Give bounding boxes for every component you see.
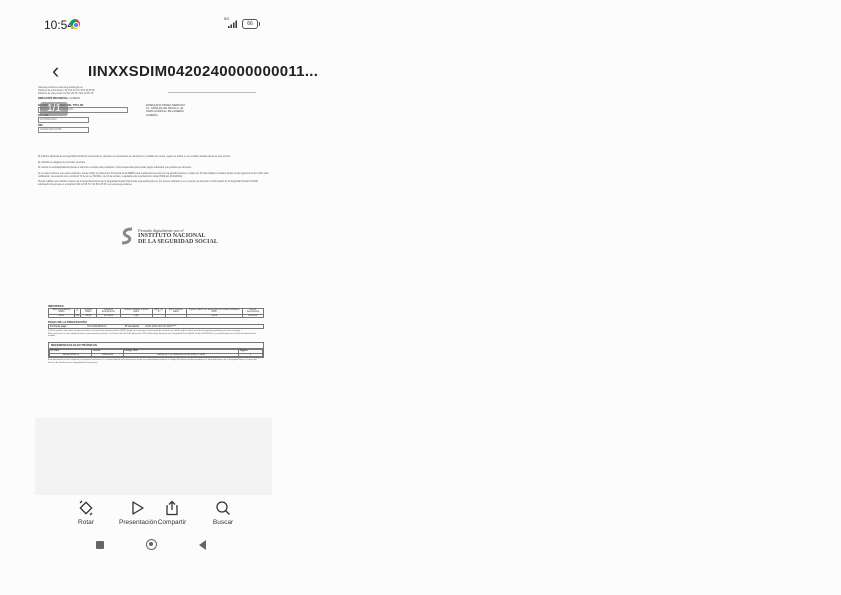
paragraph: El subsidio se pagará por períodos venci… — [38, 161, 270, 164]
table-cell: 11-01-24 — [96, 314, 120, 318]
page-indicator: 1/1 — [40, 102, 68, 116]
page-gap-area — [35, 418, 272, 495]
paragraph: Puede realizar este trámite a través de … — [38, 180, 270, 186]
ref-field: 04/2024/260/113/285 — [38, 127, 89, 133]
referencias-box: REFERENCIAS ELECTRÓNICAS Id. CEA: Fecha:… — [48, 342, 264, 358]
forma-label: Forma de pago — [50, 326, 66, 328]
forma-value: TRANSFERENCIA — [87, 326, 106, 328]
table-cell: C6DB8-4ST L0-H4WCM-FFTZW-DVDO-YS660 — [123, 353, 238, 357]
table-cell: 1 — [239, 353, 263, 357]
pdf-page: www.seg-social.es sede.seg-social.gob.es… — [36, 86, 272, 189]
search-icon — [215, 500, 231, 516]
play-icon — [130, 500, 146, 516]
recipient-address: ENRIQUETA PEREZ SERRANO CL. GIRALDA DE S… — [146, 104, 185, 117]
cuenta-value: ES82 2000 0070 02 20057**** — [146, 326, 177, 328]
signature-line: DE LA SEGURIDAD SOCIAL — [138, 239, 218, 245]
back-button[interactable]: ‹ — [52, 60, 59, 82]
table-cell: 43,80 — [80, 314, 96, 318]
table-cell — [152, 314, 165, 318]
signal-icon — [224, 20, 238, 28]
table-row: 43,80 100 43,80 11-01-24 2,80 41,00 01-0… — [49, 314, 264, 318]
address-line: ALMERÍA — [146, 114, 185, 117]
rotate-button[interactable]: Rotar — [61, 500, 111, 526]
dni-field: 11078660X0016 — [38, 117, 89, 123]
share-icon — [164, 500, 180, 516]
home-icon[interactable] — [146, 539, 157, 550]
share-label: Compartir — [158, 519, 187, 526]
referencias-table: Id. CEA: Fecha: Código CEA: Página: 1MNA… — [49, 349, 263, 357]
chrome-icon — [70, 19, 80, 29]
direccion-value: ALMERÍA — [70, 97, 81, 100]
recents-icon[interactable] — [96, 541, 104, 549]
pago-row: Forma de pago TRANSFERENCIA Nº de cuenta… — [48, 324, 264, 329]
rotate-icon — [78, 500, 94, 516]
pago-note: Esta resolución ha sido emitida de forma… — [48, 333, 264, 338]
importes-section: IMPORTES Base Reguladora Diaria % Import… — [48, 304, 264, 364]
paragraph: Si reinicia su actividad laboral pierde … — [38, 166, 270, 169]
info-line: Teléfono de cita previa: 91 541 25 30 / … — [38, 92, 128, 95]
share-button[interactable]: Compartir — [147, 500, 197, 526]
table-cell: 1MNAXS56HVL — [50, 353, 92, 357]
table-row: 1MNAXS56HVL 23/01/2024 C6DB8-4ST L0-H4WC… — [50, 353, 263, 357]
table-cell — [165, 314, 186, 318]
document-title: IINXXSDIM0420240000000011... — [88, 63, 318, 80]
table-cell: 2,80 — [120, 314, 152, 318]
pago-note: (1) Si le produce este cobro el impuesto… — [48, 330, 264, 333]
importes-table: Base Reguladora Diaria % Importe Diario … — [48, 308, 264, 318]
table-cell: 01-05-24 — [242, 314, 263, 318]
table-cell: 23/01/2024 — [92, 353, 123, 357]
paragraph: El Instituto Nacional de la Seguridad So… — [38, 155, 270, 158]
search-label: Buscar — [213, 519, 233, 526]
nav-back-icon[interactable] — [199, 540, 206, 550]
table-cell: 43,80 — [49, 314, 75, 318]
inss-logo-icon — [118, 227, 136, 245]
direccion-label: DIRECCIÓN PROVINCIAL: — [38, 97, 69, 100]
search-button[interactable]: Buscar — [198, 500, 248, 526]
battery-icon: 66 — [242, 19, 258, 29]
rotate-label: Rotar — [78, 519, 94, 526]
cuenta-label: Nº de cuenta — [125, 326, 139, 328]
signature-entity: INSTITUTO NACIONAL DE LA SEGURIDAD SOCIA… — [138, 233, 218, 245]
table-cell: 41,00 — [186, 314, 242, 318]
referencias-footnote: Este documento no será válido sin la ref… — [48, 359, 264, 364]
paragraph: Si no está conforme con esta resolución,… — [38, 172, 270, 178]
